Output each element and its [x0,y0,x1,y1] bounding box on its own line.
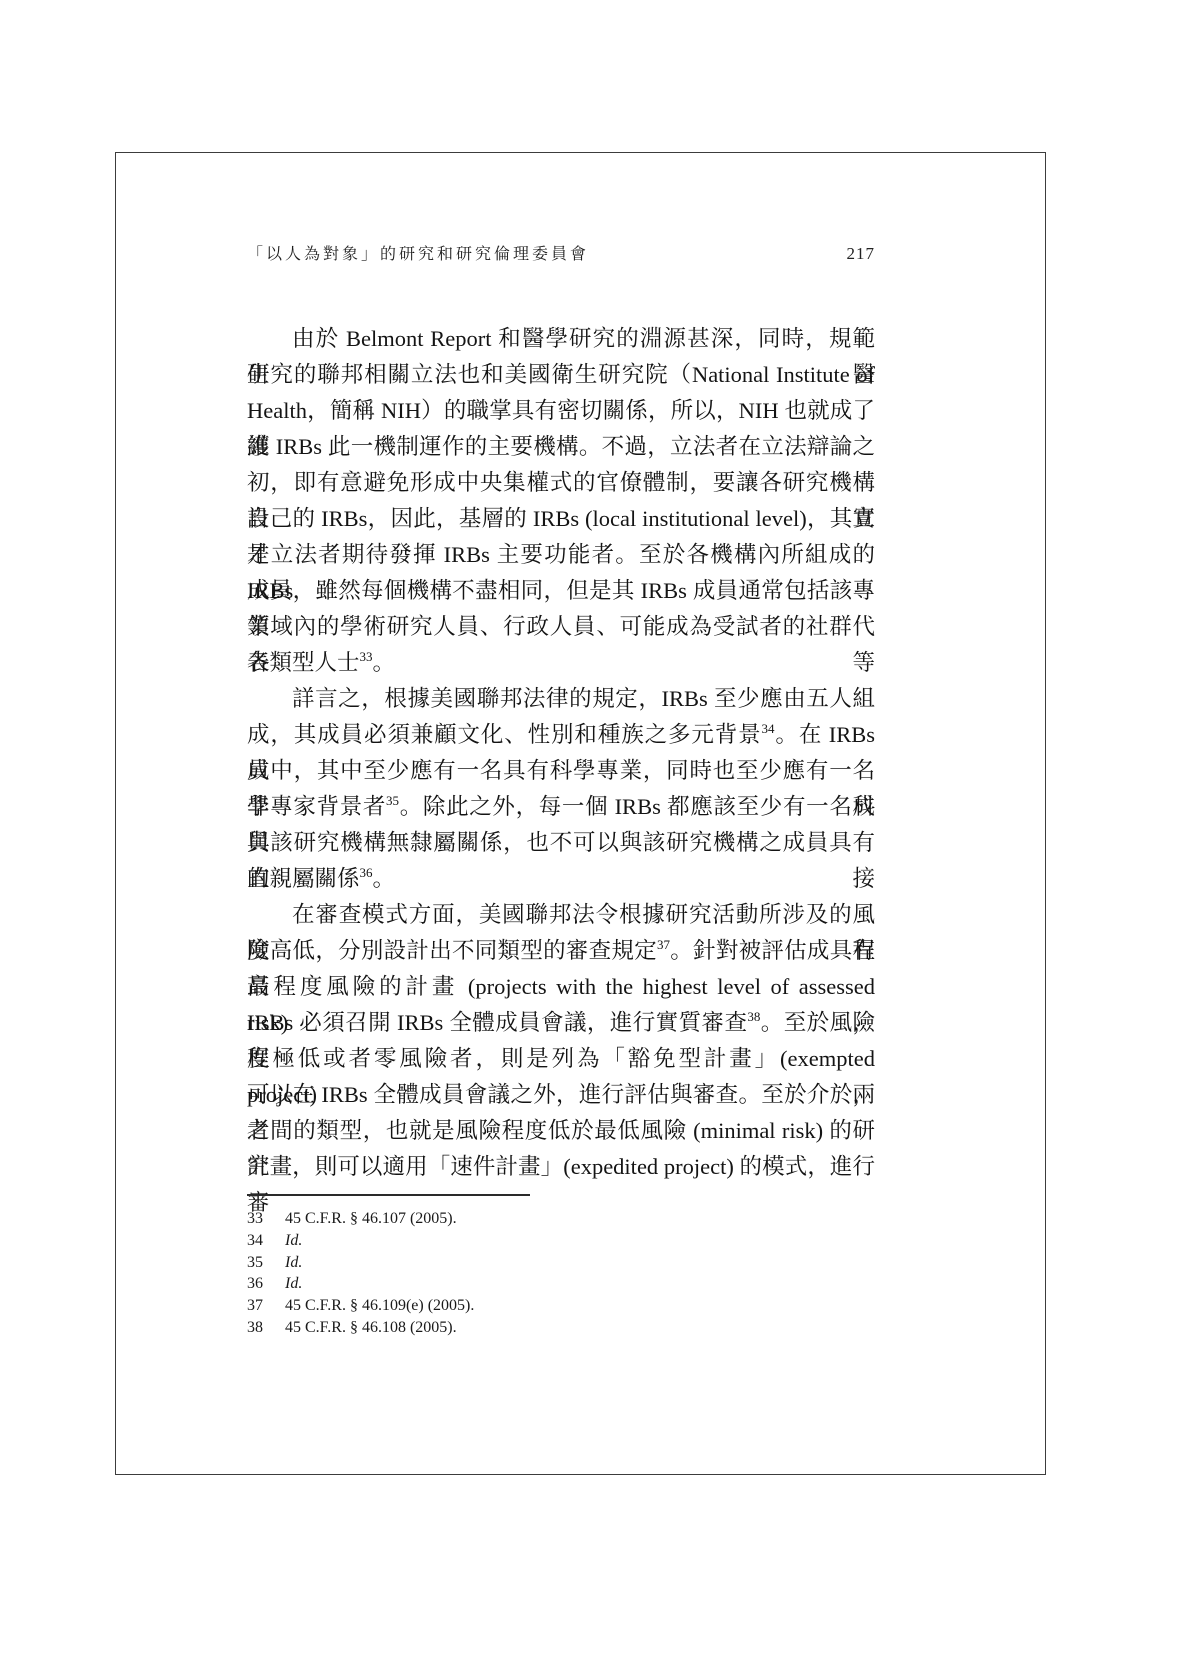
footnote-text: Id. [285,1252,302,1274]
footnote-ref: 34 [762,721,775,736]
text-line: 學專家背景者35。除此之外，每一個 IRBs 都應該至少有一名成員 [247,789,875,825]
text-line: 護 IRBs 此一機制運作的主要機構。不過，立法者在立法辯論之 [247,429,875,465]
footnote-text: Id. [285,1230,302,1252]
footnote-item: 35Id. [247,1252,875,1274]
footnote-ref: 36 [360,865,373,880]
running-head-title: 「以人為對象」的研究和研究倫理委員會 [247,241,589,264]
body-text: 由於 Belmont Report 和醫學研究的淵源甚深，同時，規範生醫研究的聯… [247,321,875,1185]
page-header: 「以人為對象」的研究和研究倫理委員會 217 [247,241,875,264]
text-line: 在審查模式方面，美國聯邦法令根據研究活動所涉及的風險程 [247,897,875,933]
footnote-ref: 35 [386,793,399,808]
text-line: 計畫，則可以適用「速件計畫」(expedited project) 的模式，進行… [247,1149,875,1185]
footnote-number: 35 [247,1252,285,1274]
footnote-list: 3345 C.F.R. § 46.107 (2005).34Id.35Id.36… [247,1208,875,1339]
footnote-item: 36Id. [247,1273,875,1295]
footnote-item: 3845 C.F.R. § 46.108 (2005). [247,1317,875,1339]
text-line: 度極低或者零風險者，則是列為「豁免型計畫」(exempted project)， [247,1041,875,1077]
footnote-number: 38 [247,1317,285,1339]
footnote-number: 33 [247,1208,285,1230]
page-number: 217 [847,244,876,264]
text-line: IRBs 必須召開 IRBs 全體成員會議，進行實質審查38。至於風險程 [247,1005,875,1041]
text-line: 員中，其中至少應有一名具有科學專業，同時也至少應有一名非科 [247,753,875,789]
text-line: 初，即有意避免形成中央集權式的官僚體制，要讓各研究機構設立 [247,465,875,501]
footnote-text: Id. [285,1273,302,1295]
text-line: 由於 Belmont Report 和醫學研究的淵源甚深，同時，規範生醫 [247,321,875,357]
text-line: 自己的 IRBs，因此，基層的 IRBs (local institutiona… [247,501,875,537]
footnote-number: 37 [247,1295,285,1317]
document-page: 「以人為對象」的研究和研究倫理委員會 217 由於 Belmont Report… [0,0,1177,1664]
text-line: 高程度風險的計畫 (projects with the highest leve… [247,969,875,1005]
text-line: 可以在 IRBs 全體成員會議之外，進行評估與審查。至於介於兩者 [247,1077,875,1113]
footnote-text: 45 C.F.R. § 46.109(e) (2005). [285,1295,474,1317]
footnote-ref: 33 [360,649,373,664]
text-line: 度高低，分別設計出不同類型的審查規定37。針對被評估成具有最 [247,933,875,969]
text-line: 研究的聯邦相關立法也和美國衛生研究院（National Institute of [247,357,875,393]
footnote-separator-rule [247,1194,530,1196]
text-line: 成員，雖然每個機構不盡相同，但是其 IRBs 成員通常包括該專業 [247,573,875,609]
footnote-item: 3345 C.F.R. § 46.107 (2005). [247,1208,875,1230]
footnote-ref: 37 [657,937,670,952]
text-line: 與該研究機構無隸屬關係，也不可以與該研究機構之成員具有直接 [247,825,875,861]
text-line: 成，其成員必須兼顧文化、性別和種族之多元背景34。在 IRBs 成 [247,717,875,753]
text-line: 之間的類型，也就是風險程度低於最低風險 (minimal risk) 的研究 [247,1113,875,1149]
footnote-item: 3745 C.F.R. § 46.109(e) (2005). [247,1295,875,1317]
text-line: 是立法者期待發揮 IRBs 主要功能者。至於各機構內所組成的 IRBs [247,537,875,573]
footnote-ref: 38 [747,1009,760,1024]
footnote-number: 36 [247,1273,285,1295]
text-line: Health，簡稱 NIH）的職掌具有密切關係，所以，NIH 也就成了維 [247,393,875,429]
footnote-item: 34Id. [247,1230,875,1252]
text-line: 領域內的學術研究人員、行政人員、可能成為受試者的社群代表等 [247,609,875,645]
footnote-text: 45 C.F.R. § 46.108 (2005). [285,1317,457,1339]
text-line: 詳言之，根據美國聯邦法律的規定，IRBs 至少應由五人組 [247,681,875,717]
footnote-number: 34 [247,1230,285,1252]
footnote-text: 45 C.F.R. § 46.107 (2005). [285,1208,457,1230]
